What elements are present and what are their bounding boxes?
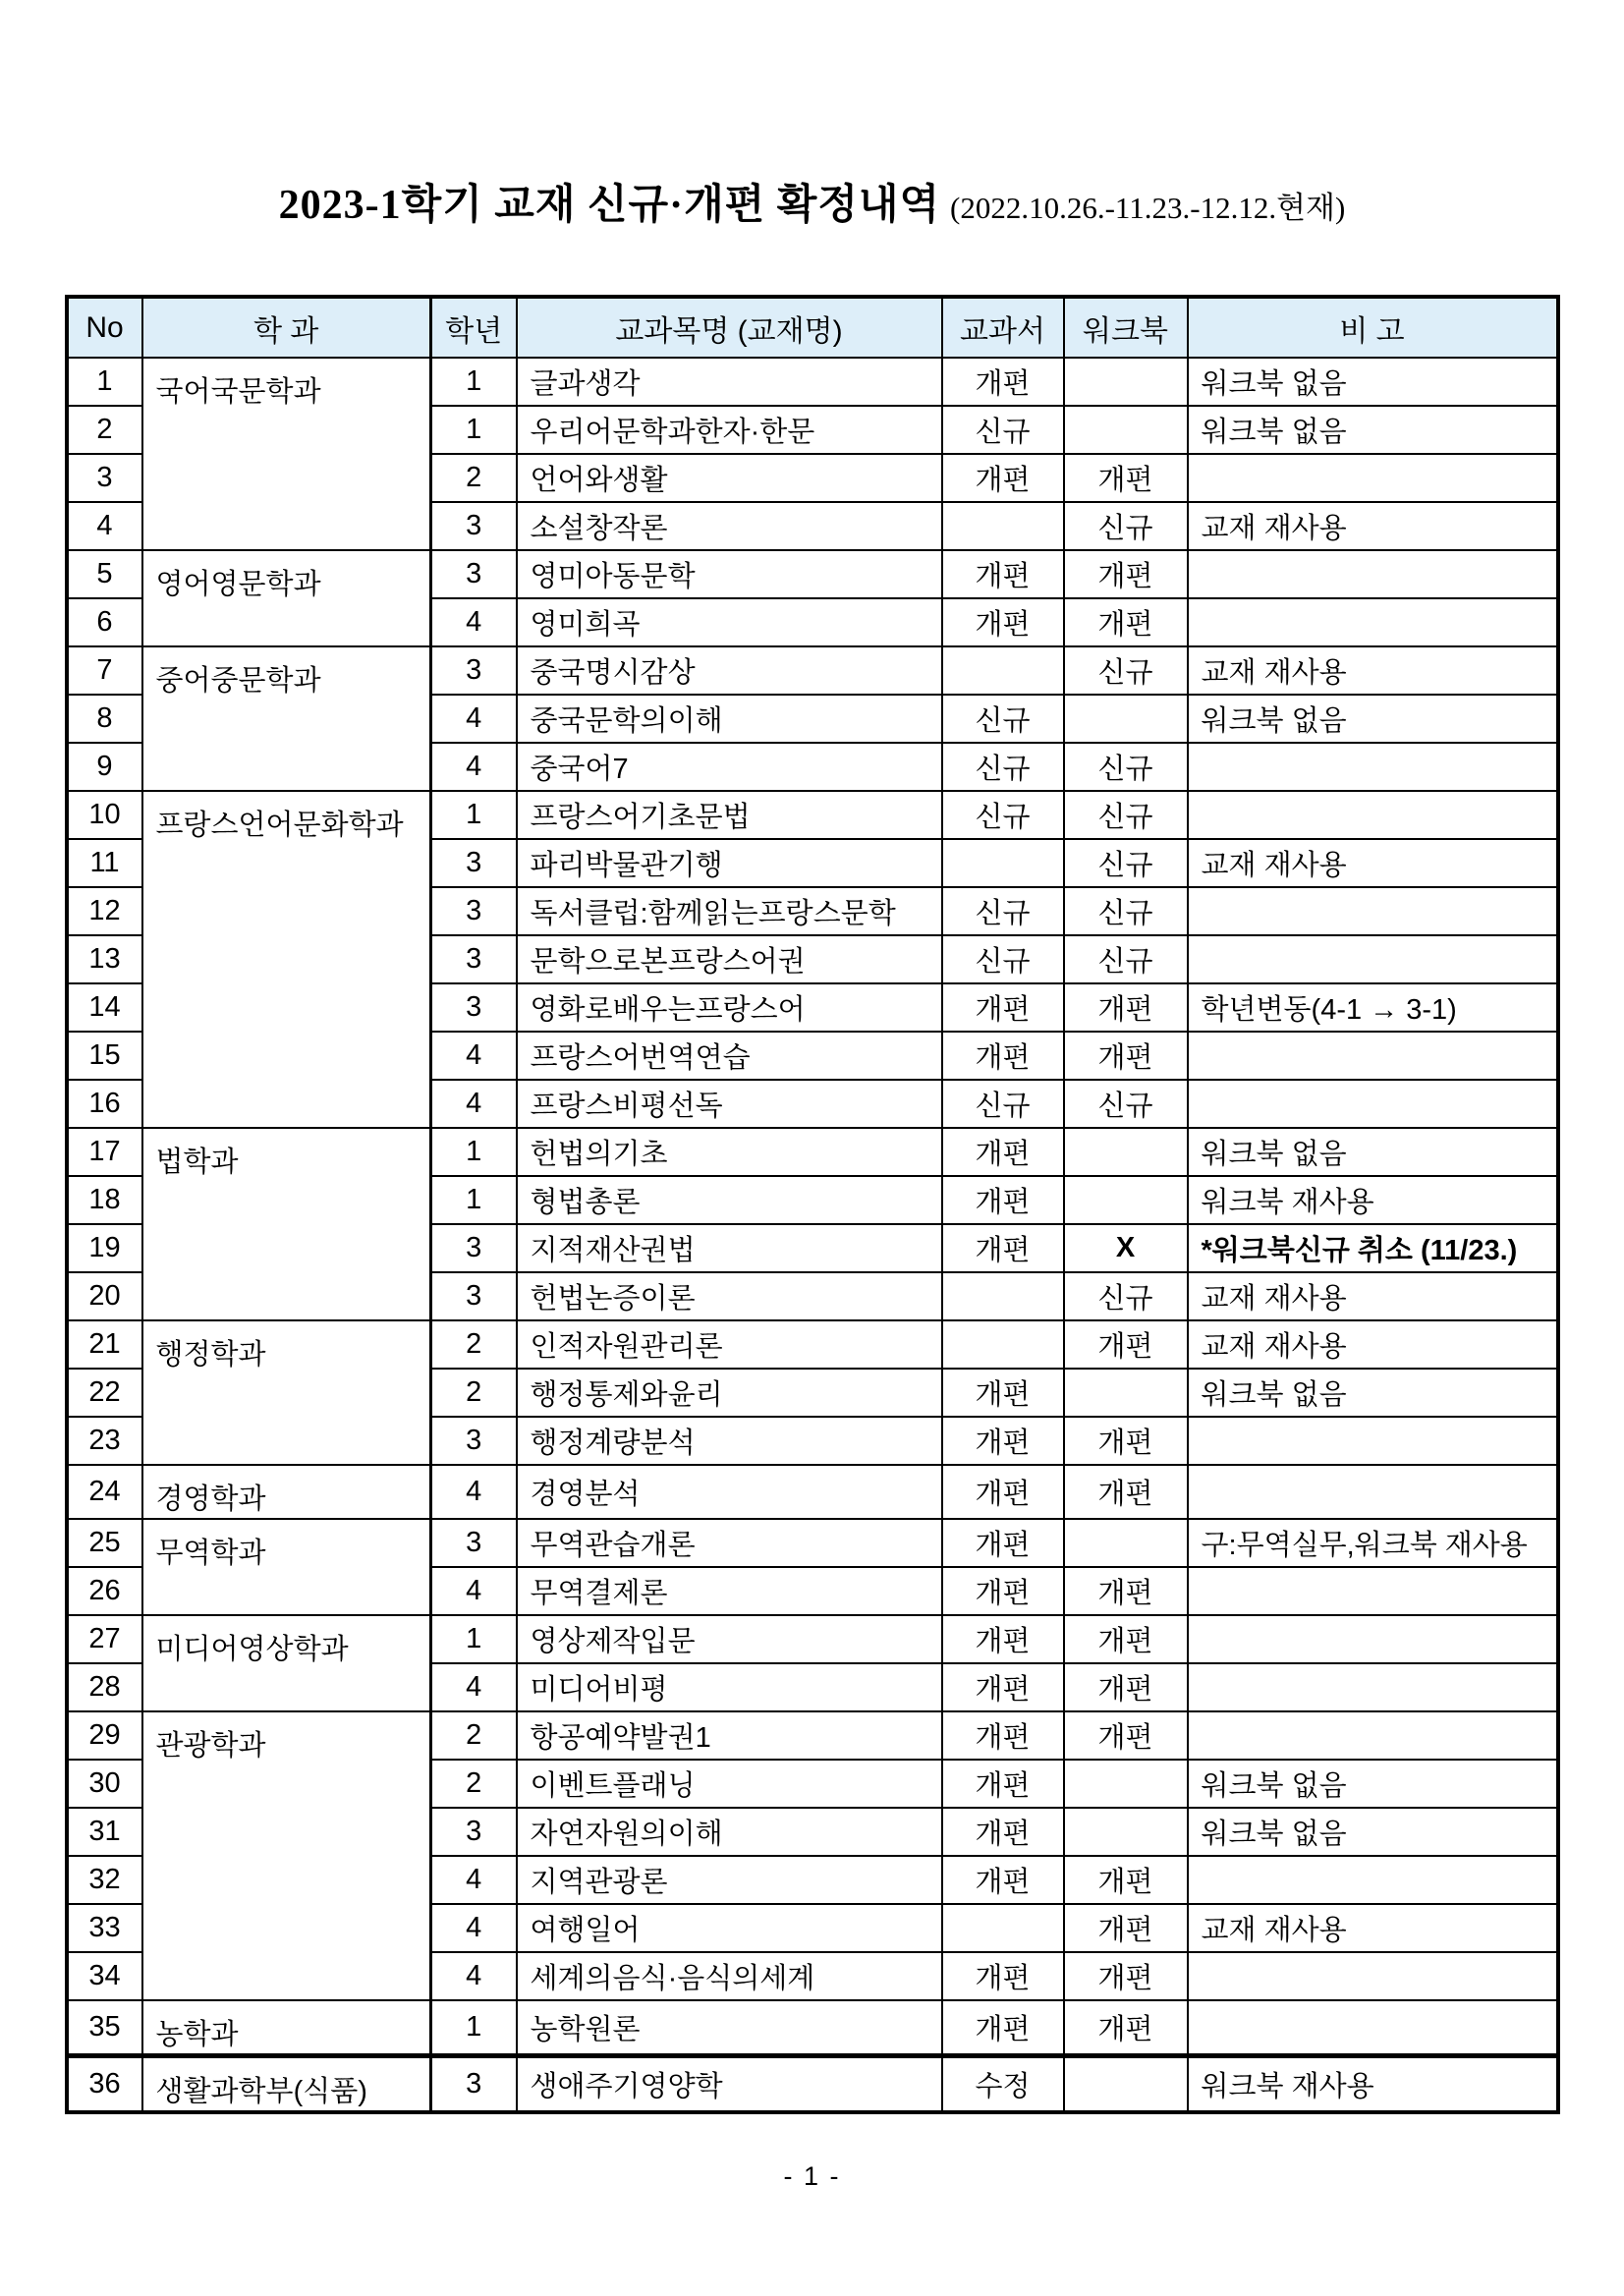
department-cell: 영어영문학과 (142, 550, 431, 646)
grade-cell: 4 (431, 598, 517, 646)
table-row: 7중어중문학과3중국명시감상신규교재 재사용 (67, 646, 1558, 695)
table-header-row: No학 과학년교과목명 (교재명)교과서워크북비 고 (67, 297, 1558, 358)
workbook-status-cell: X (1064, 1224, 1188, 1272)
remark-cell: 구:무역실무,워크북 재사용 (1188, 1519, 1558, 1567)
workbook-status-cell: 신규 (1064, 1272, 1188, 1320)
remark-cell (1188, 454, 1558, 502)
workbook-status-cell: 개편 (1064, 1952, 1188, 2000)
subject-cell: 항공예약발권1 (517, 1711, 942, 1760)
subject-cell: 중국명시감상 (517, 646, 942, 695)
subject-cell: 무역결제론 (517, 1567, 942, 1615)
workbook-status-cell (1064, 1519, 1188, 1567)
workbook-status-cell: 신규 (1064, 935, 1188, 983)
textbook-status-cell: 개편 (942, 1224, 1064, 1272)
grade-cell: 2 (431, 1760, 517, 1808)
subject-cell: 지역관광론 (517, 1856, 942, 1904)
row-number-cell: 25 (67, 1519, 142, 1567)
remark-cell: 교재 재사용 (1188, 1272, 1558, 1320)
subject-cell: 독서클럽:함께읽는프랑스문학 (517, 887, 942, 935)
grade-cell: 2 (431, 1369, 517, 1417)
department-cell: 무역학과 (142, 1519, 431, 1615)
remark-cell (1188, 1615, 1558, 1663)
textbook-status-cell: 신규 (942, 791, 1064, 839)
remark-cell: 워크북 재사용 (1188, 1176, 1558, 1224)
textbook-status-cell: 개편 (942, 550, 1064, 598)
page-title-main: 2023-1학기 교재 신규·개편 확정내역 (279, 183, 940, 228)
department-cell: 중어중문학과 (142, 646, 431, 791)
grade-cell: 3 (431, 550, 517, 598)
row-number-cell: 22 (67, 1369, 142, 1417)
remark-cell: 워크북 없음 (1188, 1369, 1558, 1417)
textbook-status-cell: 신규 (942, 695, 1064, 743)
textbook-status-cell: 개편 (942, 1615, 1064, 1663)
workbook-status-cell: 개편 (1064, 1856, 1188, 1904)
row-number-cell: 36 (67, 2056, 142, 2113)
workbook-status-cell: 개편 (1064, 2000, 1188, 2056)
row-number-cell: 9 (67, 743, 142, 791)
grade-cell: 1 (431, 1176, 517, 1224)
subject-cell: 헌법의기초 (517, 1128, 942, 1176)
remark-cell: 워크북 없음 (1188, 695, 1558, 743)
subject-cell: 영상제작입문 (517, 1615, 942, 1663)
table-row: 17법학과1헌법의기초개편워크북 없음 (67, 1128, 1558, 1176)
remark-cell (1188, 791, 1558, 839)
grade-cell: 1 (431, 358, 517, 406)
grade-cell: 3 (431, 839, 517, 887)
textbook-status-cell: 개편 (942, 1663, 1064, 1711)
department-cell: 법학과 (142, 1128, 431, 1320)
row-number-cell: 10 (67, 791, 142, 839)
row-number-cell: 8 (67, 695, 142, 743)
workbook-status-cell: 개편 (1064, 1567, 1188, 1615)
column-header-remark: 비 고 (1188, 297, 1558, 358)
page-title: 2023-1학기 교재 신규·개편 확정내역(2022.10.26.-11.23… (0, 180, 1624, 240)
table-row: 25무역학과3무역관습개론개편구:무역실무,워크북 재사용 (67, 1519, 1558, 1567)
subject-cell: 우리어문학과한자·한문 (517, 406, 942, 454)
remark-cell: 교재 재사용 (1188, 646, 1558, 695)
workbook-status-cell: 개편 (1064, 1032, 1188, 1080)
row-number-cell: 35 (67, 2000, 142, 2056)
remark-cell: 워크북 없음 (1188, 1128, 1558, 1176)
column-header-no: No (67, 297, 142, 358)
grade-cell: 4 (431, 1663, 517, 1711)
subject-cell: 행정계량분석 (517, 1417, 942, 1465)
grade-cell: 3 (431, 1224, 517, 1272)
textbook-status-cell (942, 502, 1064, 550)
remark-cell (1188, 1080, 1558, 1128)
subject-cell: 세계의음식·음식의세계 (517, 1952, 942, 2000)
department-cell: 미디어영상학과 (142, 1615, 431, 1711)
subject-cell: 자연자원의이해 (517, 1808, 942, 1856)
textbook-status-cell: 개편 (942, 2000, 1064, 2056)
column-header-grade: 학년 (431, 297, 517, 358)
workbook-status-cell: 개편 (1064, 1320, 1188, 1369)
subject-cell: 영미희곡 (517, 598, 942, 646)
grade-cell: 4 (431, 743, 517, 791)
workbook-status-cell: 개편 (1064, 598, 1188, 646)
remark-cell: 교재 재사용 (1188, 1904, 1558, 1952)
remark-cell: 교재 재사용 (1188, 1320, 1558, 1369)
textbook-status-cell (942, 1320, 1064, 1369)
subject-cell: 형법총론 (517, 1176, 942, 1224)
grade-cell: 4 (431, 1080, 517, 1128)
workbook-status-cell: 개편 (1064, 1615, 1188, 1663)
textbook-status-cell: 개편 (942, 1128, 1064, 1176)
textbook-status-cell: 개편 (942, 598, 1064, 646)
table-row: 29관광학과2항공예약발권1개편개편 (67, 1711, 1558, 1760)
row-number-cell: 26 (67, 1567, 142, 1615)
workbook-status-cell: 신규 (1064, 502, 1188, 550)
column-header-workbook: 워크북 (1064, 297, 1188, 358)
grade-cell: 2 (431, 1711, 517, 1760)
workbook-status-cell (1064, 1760, 1188, 1808)
department-cell: 행정학과 (142, 1320, 431, 1465)
workbook-status-cell: 개편 (1064, 983, 1188, 1032)
textbook-status-cell: 신규 (942, 406, 1064, 454)
subject-cell: 글과생각 (517, 358, 942, 406)
page-title-sub: (2022.10.26.-11.23.-12.12.현재) (950, 191, 1345, 225)
remark-cell: 교재 재사용 (1188, 839, 1558, 887)
grade-cell: 3 (431, 646, 517, 695)
table-row: 1국어국문학과1글과생각개편워크북 없음 (67, 358, 1558, 406)
textbook-confirmation-table: No학 과학년교과목명 (교재명)교과서워크북비 고 1국어국문학과1글과생각개… (65, 295, 1560, 2114)
row-number-cell: 3 (67, 454, 142, 502)
remark-cell: 워크북 없음 (1188, 358, 1558, 406)
remark-cell: *워크북신규 취소 (11/23.) (1188, 1224, 1558, 1272)
grade-cell: 2 (431, 1320, 517, 1369)
textbook-status-cell: 신규 (942, 935, 1064, 983)
row-number-cell: 24 (67, 1465, 142, 1519)
subject-cell: 영화로배우는프랑스어 (517, 983, 942, 1032)
subject-cell: 소설창작론 (517, 502, 942, 550)
grade-cell: 1 (431, 2000, 517, 2056)
row-number-cell: 20 (67, 1272, 142, 1320)
textbook-status-cell: 개편 (942, 1465, 1064, 1519)
subject-cell: 파리박물관기행 (517, 839, 942, 887)
subject-cell: 이벤트플래닝 (517, 1760, 942, 1808)
subject-cell: 문학으로본프랑스어권 (517, 935, 942, 983)
workbook-status-cell: 개편 (1064, 454, 1188, 502)
row-number-cell: 1 (67, 358, 142, 406)
workbook-status-cell (1064, 358, 1188, 406)
textbook-status-cell: 신규 (942, 743, 1064, 791)
department-cell: 경영학과 (142, 1465, 431, 1519)
textbook-status-cell (942, 1904, 1064, 1952)
remark-cell (1188, 1952, 1558, 2000)
row-number-cell: 7 (67, 646, 142, 695)
remark-cell: 워크북 없음 (1188, 1808, 1558, 1856)
grade-cell: 2 (431, 454, 517, 502)
subject-cell: 헌법논증이론 (517, 1272, 942, 1320)
row-number-cell: 15 (67, 1032, 142, 1080)
workbook-status-cell: 개편 (1064, 1417, 1188, 1465)
grade-cell: 4 (431, 1465, 517, 1519)
workbook-status-cell: 신규 (1064, 743, 1188, 791)
workbook-status-cell (1064, 1369, 1188, 1417)
workbook-status-cell: 개편 (1064, 550, 1188, 598)
row-number-cell: 34 (67, 1952, 142, 2000)
textbook-status-cell: 개편 (942, 1369, 1064, 1417)
workbook-status-cell: 신규 (1064, 791, 1188, 839)
column-header-department: 학 과 (142, 297, 431, 358)
workbook-status-cell: 개편 (1064, 1904, 1188, 1952)
grade-cell: 1 (431, 1128, 517, 1176)
remark-cell (1188, 1663, 1558, 1711)
row-number-cell: 33 (67, 1904, 142, 1952)
page-number: - 1 - (0, 2161, 1624, 2192)
subject-cell: 언어와생활 (517, 454, 942, 502)
row-number-cell: 28 (67, 1663, 142, 1711)
subject-cell: 경영분석 (517, 1465, 942, 1519)
subject-cell: 여행일어 (517, 1904, 942, 1952)
remark-cell (1188, 550, 1558, 598)
textbook-status-cell: 개편 (942, 1760, 1064, 1808)
textbook-status-cell (942, 1272, 1064, 1320)
grade-cell: 3 (431, 935, 517, 983)
subject-cell: 프랑스어번역연습 (517, 1032, 942, 1080)
workbook-status-cell: 신규 (1064, 839, 1188, 887)
textbook-status-cell: 개편 (942, 1032, 1064, 1080)
textbook-status-cell: 개편 (942, 1952, 1064, 2000)
grade-cell: 4 (431, 695, 517, 743)
grade-cell: 3 (431, 502, 517, 550)
subject-cell: 행정통제와윤리 (517, 1369, 942, 1417)
workbook-status-cell: 개편 (1064, 1465, 1188, 1519)
grade-cell: 4 (431, 1856, 517, 1904)
workbook-status-cell (1064, 1176, 1188, 1224)
department-cell: 생활과학부(식품) (142, 2056, 431, 2113)
subject-cell: 중국어7 (517, 743, 942, 791)
grade-cell: 1 (431, 791, 517, 839)
remark-cell: 워크북 없음 (1188, 1760, 1558, 1808)
department-cell: 국어국문학과 (142, 358, 431, 550)
department-cell: 관광학과 (142, 1711, 431, 2000)
remark-cell: 학년변동(4-1 → 3-1) (1188, 983, 1558, 1032)
row-number-cell: 16 (67, 1080, 142, 1128)
subject-cell: 미디어비평 (517, 1663, 942, 1711)
grade-cell: 1 (431, 406, 517, 454)
row-number-cell: 31 (67, 1808, 142, 1856)
table-row: 5영어영문학과3영미아동문학개편개편 (67, 550, 1558, 598)
row-number-cell: 12 (67, 887, 142, 935)
textbook-status-cell: 개편 (942, 454, 1064, 502)
grade-cell: 4 (431, 1904, 517, 1952)
textbook-status-cell: 개편 (942, 1417, 1064, 1465)
remark-cell: 워크북 재사용 (1188, 2056, 1558, 2113)
department-cell: 프랑스언어문화학과 (142, 791, 431, 1128)
workbook-status-cell: 신규 (1064, 1080, 1188, 1128)
textbook-status-cell: 개편 (942, 358, 1064, 406)
textbook-status-cell: 신규 (942, 887, 1064, 935)
row-number-cell: 4 (67, 502, 142, 550)
column-header-subject: 교과목명 (교재명) (517, 297, 942, 358)
row-number-cell: 6 (67, 598, 142, 646)
remark-cell: 워크북 없음 (1188, 406, 1558, 454)
textbook-status-cell: 개편 (942, 1856, 1064, 1904)
subject-cell: 프랑스비평선독 (517, 1080, 942, 1128)
textbook-status-cell: 개편 (942, 983, 1064, 1032)
document-page: 2023-1학기 교재 신규·개편 확정내역(2022.10.26.-11.23… (0, 0, 1624, 2296)
subject-cell: 생애주기영양학 (517, 2056, 942, 2113)
row-number-cell: 29 (67, 1711, 142, 1760)
table-row: 21행정학과2인적자원관리론개편교재 재사용 (67, 1320, 1558, 1369)
grade-cell: 4 (431, 1952, 517, 2000)
row-number-cell: 32 (67, 1856, 142, 1904)
row-number-cell: 30 (67, 1760, 142, 1808)
subject-cell: 농학원론 (517, 2000, 942, 2056)
row-number-cell: 5 (67, 550, 142, 598)
workbook-status-cell (1064, 406, 1188, 454)
remark-cell (1188, 1417, 1558, 1465)
textbook-status-cell: 개편 (942, 1711, 1064, 1760)
textbook-status-cell (942, 646, 1064, 695)
grade-cell: 3 (431, 1519, 517, 1567)
table-row: 24경영학과4경영분석개편개편 (67, 1465, 1558, 1519)
table-row: 35농학과1농학원론개편개편 (67, 2000, 1558, 2056)
remark-cell (1188, 887, 1558, 935)
grade-cell: 3 (431, 1417, 517, 1465)
textbook-status-cell: 개편 (942, 1567, 1064, 1615)
grade-cell: 4 (431, 1032, 517, 1080)
row-number-cell: 18 (67, 1176, 142, 1224)
grade-cell: 4 (431, 1567, 517, 1615)
remark-cell: 교재 재사용 (1188, 502, 1558, 550)
subject-cell: 프랑스어기초문법 (517, 791, 942, 839)
grade-cell: 3 (431, 1808, 517, 1856)
textbook-status-cell: 수정 (942, 2056, 1064, 2113)
workbook-status-cell (1064, 1128, 1188, 1176)
row-number-cell: 19 (67, 1224, 142, 1272)
grade-cell: 1 (431, 1615, 517, 1663)
row-number-cell: 17 (67, 1128, 142, 1176)
workbook-status-cell: 개편 (1064, 1663, 1188, 1711)
remark-cell (1188, 1856, 1558, 1904)
textbook-status-cell: 개편 (942, 1808, 1064, 1856)
textbook-status-cell: 개편 (942, 1519, 1064, 1567)
textbook-status-cell: 신규 (942, 1080, 1064, 1128)
subject-cell: 무역관습개론 (517, 1519, 942, 1567)
workbook-status-cell: 신규 (1064, 887, 1188, 935)
remark-cell (1188, 2000, 1558, 2056)
remark-cell (1188, 1032, 1558, 1080)
row-number-cell: 23 (67, 1417, 142, 1465)
remark-cell (1188, 743, 1558, 791)
grade-cell: 3 (431, 983, 517, 1032)
table-row: 27미디어영상학과1영상제작입문개편개편 (67, 1615, 1558, 1663)
subject-cell: 중국문학의이해 (517, 695, 942, 743)
workbook-status-cell: 개편 (1064, 1711, 1188, 1760)
column-header-textbook: 교과서 (942, 297, 1064, 358)
row-number-cell: 21 (67, 1320, 142, 1369)
row-number-cell: 2 (67, 406, 142, 454)
row-number-cell: 11 (67, 839, 142, 887)
workbook-status-cell (1064, 2056, 1188, 2113)
workbook-status-cell: 신규 (1064, 646, 1188, 695)
subject-cell: 인적자원관리론 (517, 1320, 942, 1369)
workbook-status-cell (1064, 1808, 1188, 1856)
textbook-status-cell (942, 839, 1064, 887)
table-row: 10프랑스언어문화학과1프랑스어기초문법신규신규 (67, 791, 1558, 839)
grade-cell: 3 (431, 887, 517, 935)
row-number-cell: 13 (67, 935, 142, 983)
department-cell: 농학과 (142, 2000, 431, 2056)
row-number-cell: 27 (67, 1615, 142, 1663)
remark-cell (1188, 598, 1558, 646)
row-number-cell: 14 (67, 983, 142, 1032)
remark-cell (1188, 1711, 1558, 1760)
subject-cell: 영미아동문학 (517, 550, 942, 598)
remark-cell (1188, 1465, 1558, 1519)
subject-cell: 지적재산권법 (517, 1224, 942, 1272)
grade-cell: 3 (431, 1272, 517, 1320)
grade-cell: 3 (431, 2056, 517, 2113)
remark-cell (1188, 1567, 1558, 1615)
table-row: 36생활과학부(식품)3생애주기영양학수정워크북 재사용 (67, 2056, 1558, 2113)
workbook-status-cell (1064, 695, 1188, 743)
textbook-status-cell: 개편 (942, 1176, 1064, 1224)
remark-cell (1188, 935, 1558, 983)
